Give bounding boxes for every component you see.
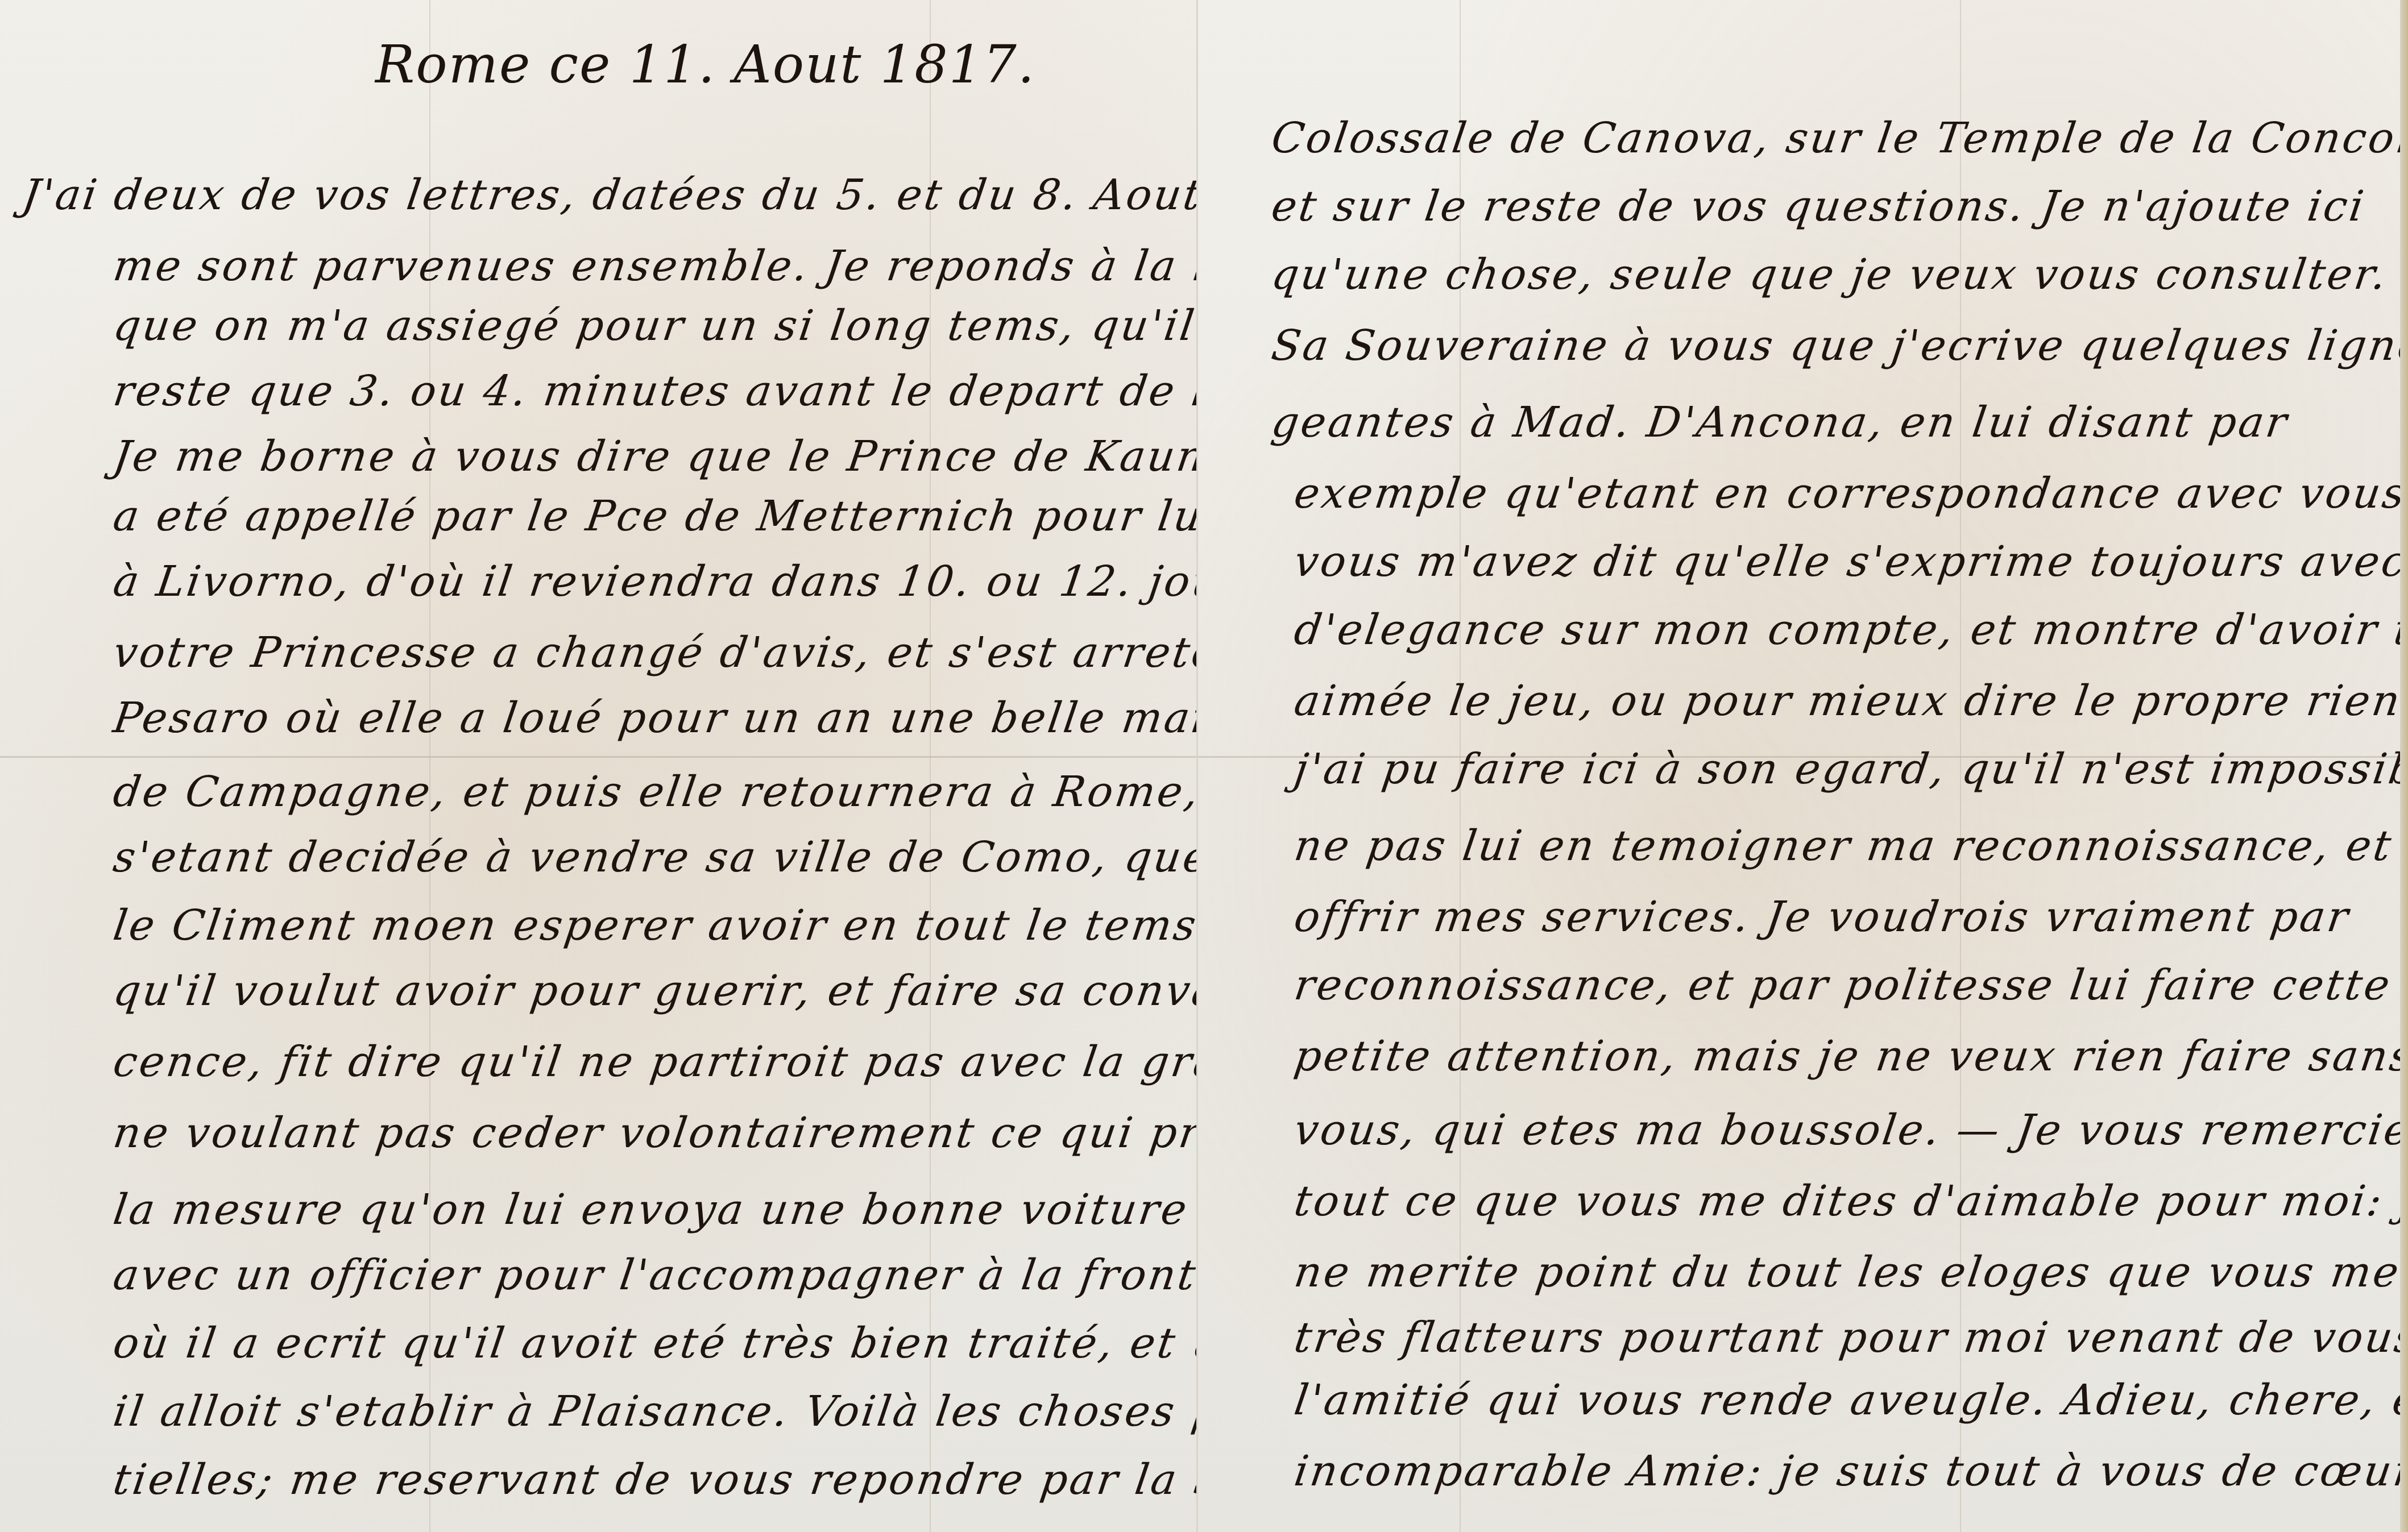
text-line: Colossale de Canova, sur le Temple de la… [1268, 114, 2408, 163]
text-line: la mesure qu'on lui envoya une bonne voi… [110, 1185, 1192, 1234]
letter-heading-date: Rome ce 11. Aout 1817. [375, 34, 1035, 95]
text-line: qu'une chose, seule que je veux vous con… [1268, 250, 2408, 299]
text-line: que on m'a assiegé pour un si long tems,… [110, 301, 1198, 350]
text-line: il alloit s'etablir à Plaisance. Voilà l… [110, 1387, 1198, 1436]
text-line: Sa Souveraine à vous que j'ecrive quelqu… [1268, 321, 2408, 370]
text-line: à Livorno, d'où il reviendra dans 10. ou… [110, 557, 1198, 606]
text-line: vous m'avez dit qu'elle s'exprime toujou… [1291, 537, 2408, 586]
text-line: ne merite point du tout les eloges que v… [1291, 1248, 2408, 1297]
text-line: reste que 3. ou 4. minutes avant le depa… [110, 367, 1198, 416]
vertical-fold [930, 0, 931, 1532]
text-line: aimée le jeu, ou pour mieux dire le prop… [1291, 676, 2408, 725]
text-line: le Climent moen esperer avoir en tout le… [110, 901, 1198, 950]
left-page: Rome ce 11. Aout 1817. J'ai deux de vos … [0, 0, 1198, 1532]
text-line: et sur le reste de vos questions. Je n'a… [1268, 182, 2368, 231]
text-line: tielles; me reservant de vous repondre p… [110, 1455, 1198, 1504]
text-line: l'amitié qui vous rende aveugle. Adieu, … [1291, 1376, 2408, 1425]
text-line: qu'il voulut avoir pour guerir, et faire… [110, 966, 1198, 1015]
text-line: où il a ecrit qu'il avoit eté très bien … [110, 1319, 1198, 1368]
text-line: de Campagne, et puis elle retournera à R… [110, 767, 1198, 816]
text-line: Pesaro où elle a loué pour un an une bel… [110, 694, 1198, 742]
text-line: s'etant decidée à vendre sa ville de Com… [110, 833, 1198, 882]
text-line: avec un officier pour l'accompagner à la… [110, 1251, 1198, 1299]
text-line: ne pas lui en temoigner ma reconnoissanc… [1291, 821, 2408, 870]
text-line: j'ai pu faire ici à son egard, qu'il n'e… [1291, 745, 2408, 794]
horizontal-fold [0, 756, 1196, 758]
text-line: ne voulant pas ceder volontairement ce q… [110, 1108, 1198, 1157]
letter-spread: Rome ce 11. Aout 1817. J'ai deux de vos … [0, 0, 2408, 1532]
vertical-fold [429, 0, 430, 1532]
text-line: offrir mes services. Je voudrois vraimen… [1291, 892, 2353, 941]
right-page: Colossale de Canova, sur le Temple de la… [1198, 0, 2408, 1532]
text-line: cence, fit dire qu'il ne partiroit pas a… [110, 1037, 1198, 1086]
text-line: a eté appellé par le Pce de Metternich p… [110, 492, 1198, 541]
text-line: tout ce que vous me dites d'aimable pour… [1291, 1177, 2408, 1226]
text-line: petite attention, mais je ne veux rien f… [1291, 1032, 2408, 1081]
text-line: geantes à Mad. D'Ancona, en lui disant p… [1268, 398, 2291, 447]
text-line: d'elegance sur mon compte, et montre d'a… [1291, 605, 2408, 654]
text-line: très flatteurs pourtant pour moi venant … [1291, 1313, 2408, 1362]
text-line: J'ai deux de vos lettres, datées du 5. e… [19, 171, 1198, 219]
text-line: reconnoissance, et par politesse lui fai… [1291, 961, 2394, 1010]
text-line: vous, qui etes ma boussole. — Je vous re… [1291, 1106, 2408, 1155]
text-line: Je me borne à vous dire que le Prince de… [110, 432, 1198, 481]
text-line: me sont parvenues ensemble. Je reponds à… [110, 242, 1198, 290]
text-line: incomparable Amie: je suis tout à vous d… [1291, 1447, 2408, 1496]
text-line: exemple qu'etant en correspondance avec … [1291, 469, 2408, 518]
text-line: votre Princesse a changé d'avis, et s'es… [110, 628, 1198, 677]
